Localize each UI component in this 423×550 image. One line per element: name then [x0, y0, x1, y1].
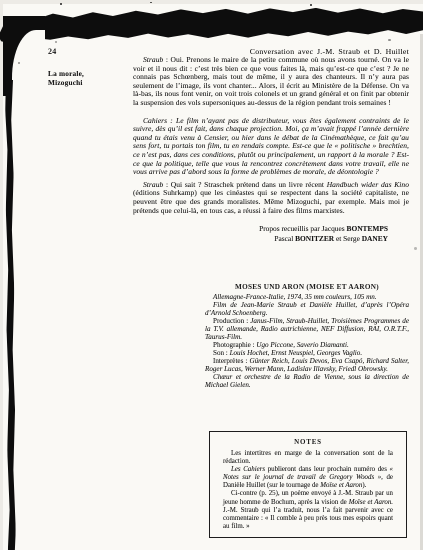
scanned-page: 24 Conversation avec J.-M. Straub et D. …	[0, 0, 423, 550]
credit-line-orchestra: Chœur et orchestre de la Radio de Vienne…	[205, 373, 409, 389]
margin-note: La morale, Mizoguchi	[48, 70, 84, 87]
conversation-column: Straub : Oui. Prenons le maire de la pet…	[133, 56, 409, 243]
credit-line-format: Allemagne-France-Italie, 1974, 35 mm cou…	[205, 293, 409, 301]
film-title: MOSES UND ARON (MOISE ET AARON)	[205, 283, 409, 291]
dialogue-paragraph-straub-2: Straub : Qui sait ? Straschek prétend da…	[133, 181, 409, 215]
byline-line: Propos recueillis par Jacques BONTEMPS	[133, 224, 388, 234]
notes-title: NOTES	[223, 438, 393, 446]
notes-box: NOTES Les intertitres en marge de la con…	[209, 431, 407, 538]
dialogue-paragraph-cahiers: Cahiers : Le film n’ayant pas de distrib…	[133, 117, 409, 177]
credit-line-directors: Film de Jean-Marie Straub et Danièle Hui…	[205, 301, 409, 317]
byline: Propos recueillis par Jacques BONTEMPS P…	[133, 224, 409, 243]
filmography-block: MOSES UND ARON (MOISE ET AARON) Allemagn…	[205, 283, 409, 389]
credit-line-cast: Interprètes : Günter Reich, Louis Devos,…	[205, 357, 409, 373]
page-content: 24 Conversation avec J.-M. Straub et D. …	[0, 0, 423, 550]
credit-line-production: Production : Janus-Film, Straub-Huillet,…	[205, 317, 409, 341]
credit-line-sound: Son : Louis Hochet, Ernst Neuspiel, Geor…	[205, 349, 409, 357]
byline-line: Pascal BONITZER et Serge DANEY	[133, 234, 388, 244]
note-paragraph: Les intertitres en marge de la conversat…	[223, 450, 393, 466]
margin-note-line: Mizoguchi	[48, 79, 84, 88]
dialogue-paragraph-straub-1: Straub : Oui. Prenons le maire de la pet…	[133, 56, 409, 108]
note-paragraph: Les Cahiers publieront dans leur prochai…	[223, 466, 393, 490]
note-paragraph: Ci-contre (p. 25), un poème envoyé à J.-…	[223, 490, 393, 530]
page-number: 24	[48, 47, 57, 56]
credit-line-photography: Photographie : Ugo Piccone, Saverio Diam…	[205, 341, 409, 349]
